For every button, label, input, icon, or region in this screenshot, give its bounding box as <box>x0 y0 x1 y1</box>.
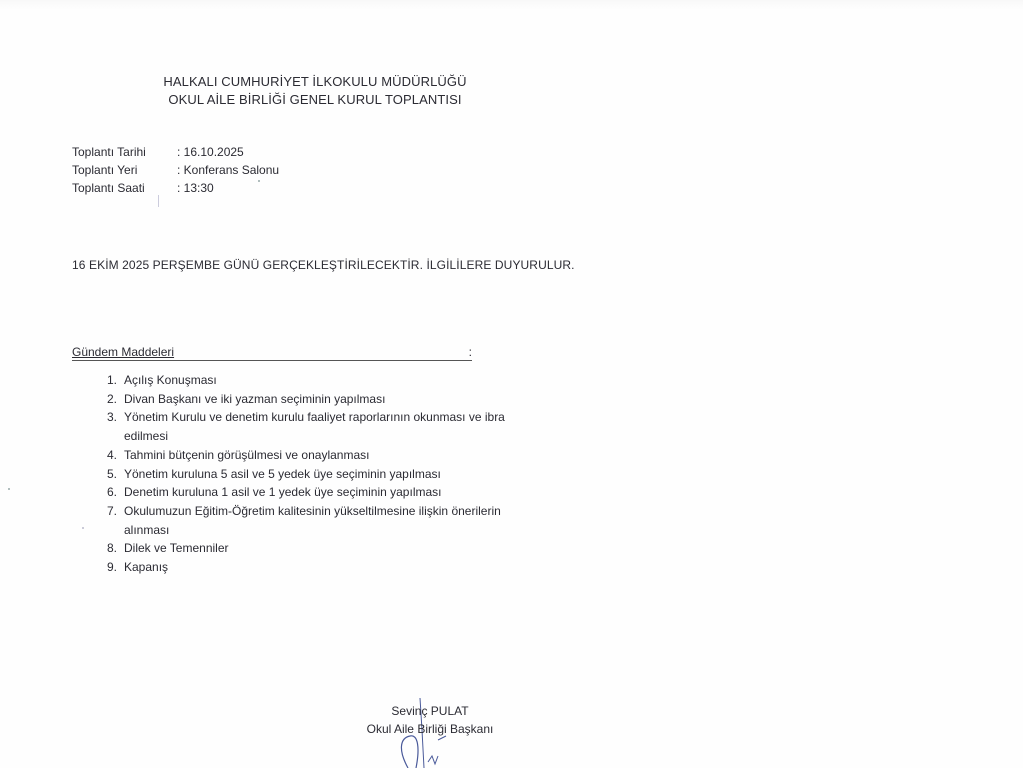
agenda-item: 2. Divan Başkanı ve iki yazman seçiminin… <box>107 390 527 409</box>
agenda-heading: Gündem Maddeleri : <box>72 344 472 361</box>
agenda-item-text: Okulumuzun Eğitim-Öğretim kalitesinin yü… <box>124 502 527 539</box>
document-header: HALKALI CUMHURİYET İLKOKULU MÜDÜRLÜĞÜ OK… <box>140 73 490 109</box>
info-label: Toplantı Saati <box>72 179 177 197</box>
info-label: Toplantı Tarihi <box>72 143 177 161</box>
agenda-item: 6. Denetim kuruluna 1 asil ve 1 yedek üy… <box>107 483 527 502</box>
signatory-name: Sevinç PULAT <box>345 702 515 720</box>
agenda-item-number: 4. <box>107 446 124 465</box>
meeting-title: OKUL AİLE BİRLİĞİ GENEL KURUL TOPLANTISI <box>140 91 490 109</box>
agenda-item-number: 8. <box>107 539 124 558</box>
agenda-item: 7. Okulumuzun Eğitim-Öğretim kalitesinin… <box>107 502 527 539</box>
agenda-item-text: Dilek ve Temenniler <box>124 539 527 558</box>
agenda-item-text: Divan Başkanı ve iki yazman seçiminin ya… <box>124 390 527 409</box>
agenda-item-text: Tahmini bütçenin görüşülmesi ve onaylanm… <box>124 446 527 465</box>
agenda-item: 3. Yönetim Kurulu ve denetim kurulu faal… <box>107 408 527 445</box>
scan-speck <box>8 488 10 490</box>
agenda-item-text: Denetim kuruluna 1 asil ve 1 yedek üye s… <box>124 483 527 502</box>
announcement-text: 16 EKİM 2025 PERŞEMBE GÜNÜ GERÇEKLEŞTİRİ… <box>72 258 575 272</box>
agenda-item: 8. Dilek ve Temenniler <box>107 539 527 558</box>
agenda-item-number: 6. <box>107 483 124 502</box>
agenda-item: 1. Açılış Konuşması <box>107 371 527 390</box>
school-name: HALKALI CUMHURİYET İLKOKULU MÜDÜRLÜĞÜ <box>140 73 490 91</box>
agenda-item: 5. Yönetim kuruluna 5 asil ve 5 yedek üy… <box>107 465 527 484</box>
info-value: : 16.10.2025 <box>177 143 244 161</box>
agenda-item-number: 1. <box>107 371 124 390</box>
agenda-heading-colon: : <box>469 344 472 360</box>
info-row-date: Toplantı Tarihi : 16.10.2025 <box>72 143 279 161</box>
agenda-item-number: 9. <box>107 558 124 577</box>
info-value: : 13:30 <box>177 179 214 197</box>
agenda-item: 4. Tahmini bütçenin görüşülmesi ve onayl… <box>107 446 527 465</box>
scan-edge <box>0 0 1023 10</box>
agenda-heading-title: Gündem Maddeleri <box>72 344 174 360</box>
document-page: HALKALI CUMHURİYET İLKOKULU MÜDÜRLÜĞÜ OK… <box>0 0 1023 768</box>
agenda-item-number: 7. <box>107 502 124 539</box>
agenda-list: 1. Açılış Konuşması 2. Divan Başkanı ve … <box>107 371 527 577</box>
agenda-item-text: Yönetim kuruluna 5 asil ve 5 yedek üye s… <box>124 465 527 484</box>
signatory-title: Okul Aile Birliği Başkanı <box>345 720 515 738</box>
info-row-place: Toplantı Yeri : Konferans Salonu <box>72 161 279 179</box>
info-row-time: Toplantı Saati : 13:30 <box>72 179 279 197</box>
info-label: Toplantı Yeri <box>72 161 177 179</box>
meeting-info: Toplantı Tarihi : 16.10.2025 Toplantı Ye… <box>72 143 279 197</box>
agenda-item-number: 2. <box>107 390 124 409</box>
agenda-item-number: 3. <box>107 408 124 445</box>
agenda-item-text: Açılış Konuşması <box>124 371 527 390</box>
agenda-item-number: 5. <box>107 465 124 484</box>
info-value: : Konferans Salonu <box>177 161 279 179</box>
agenda-item-text: Yönetim Kurulu ve denetim kurulu faaliye… <box>124 408 527 445</box>
signature-block: Sevinç PULAT Okul Aile Birliği Başkanı <box>345 702 515 738</box>
agenda-item: 9. Kapanış <box>107 558 527 577</box>
agenda-item-text: Kapanış <box>124 558 527 577</box>
scan-speck <box>158 195 159 207</box>
scan-speck <box>258 180 260 182</box>
scan-speck <box>82 527 84 529</box>
